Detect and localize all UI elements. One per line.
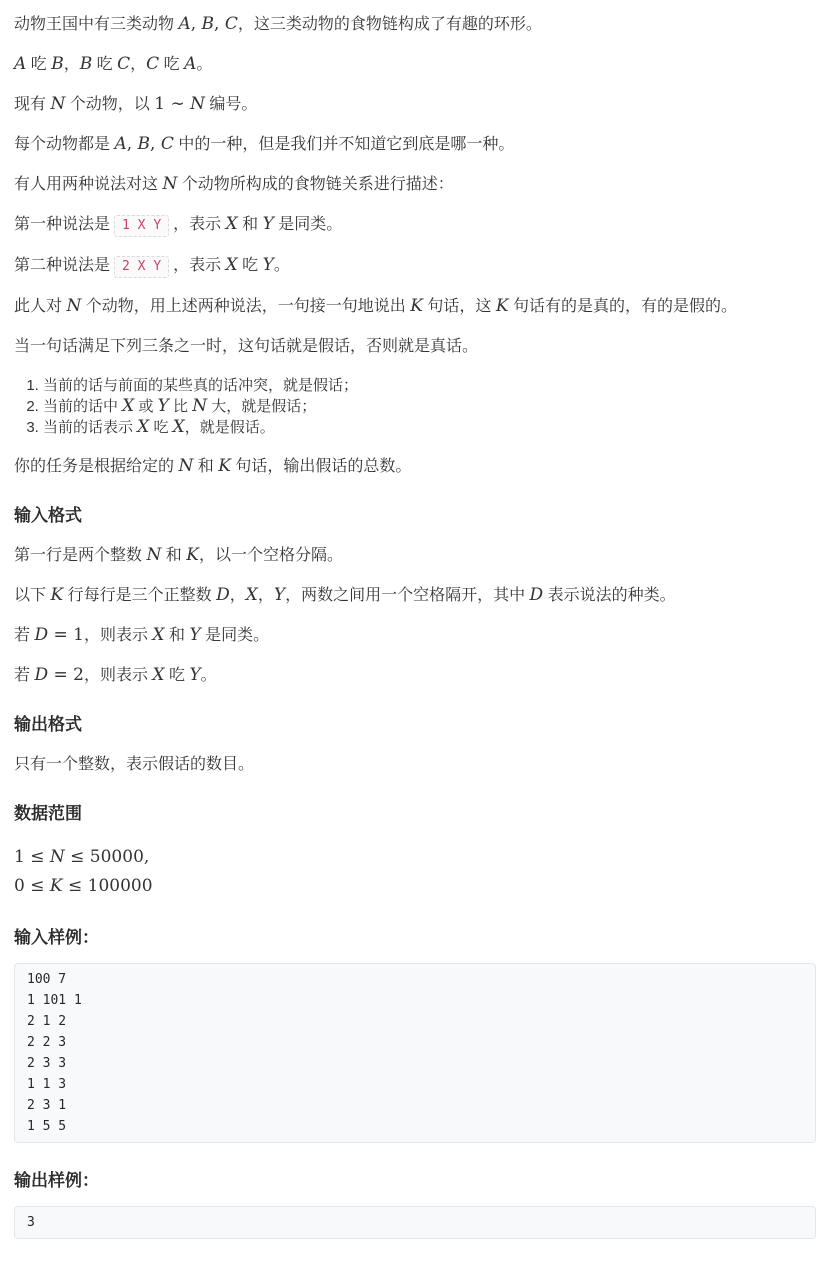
paragraph-k-sentences: 此人对 N 个动物，用上述两种说法，一句接一句地说出 K 句话，这 K 句话有的…: [14, 295, 816, 318]
math-expression: X: [226, 214, 238, 234]
text-run: 和: [238, 216, 263, 233]
text-run: 和: [165, 627, 190, 644]
math-expression: K: [50, 585, 63, 605]
text-run: ，两数之间用一个空格隔开，其中: [285, 587, 529, 604]
data-range-constraints: 1 ≤ N ≤ 50000, 0 ≤ K ≤ 100000: [14, 842, 816, 900]
text-run: 吃: [149, 419, 172, 436]
text-run: 若: [14, 627, 34, 644]
output-sample-code-block: 3: [14, 1206, 816, 1239]
math-expression: A: [184, 54, 196, 74]
math-expression: K: [410, 296, 423, 316]
text-run: 行每行是三个正整数: [63, 587, 216, 604]
paragraph-claim-type-2: 第二种说法是2 X Y，表示 X 吃 Y。: [14, 254, 816, 278]
math-expression: A, B, C: [178, 14, 237, 34]
text-run: 是同类。: [274, 216, 342, 233]
paragraph-unknown-kind: 每个动物都是 A, B, C 中的一种，但是我们并不知道它到底是哪一种。: [14, 133, 816, 156]
text-run: 每个动物都是: [14, 136, 114, 153]
paragraph-numbering: 现有 N 个动物，以 1 ∼ N 编号。: [14, 93, 816, 116]
text-run: 当前的话与前面的某些真的话冲突，就是假话；: [43, 377, 358, 394]
text-run: 和: [193, 458, 218, 475]
text-run: 此人对: [14, 298, 66, 315]
section-heading-output-format: 输出格式: [14, 714, 816, 736]
math-expression: X: [246, 585, 258, 605]
math-expression: Y: [274, 585, 285, 605]
math-expression: C: [117, 54, 130, 74]
math-expression: Y: [158, 396, 169, 416]
section-heading-input-format: 输入格式: [14, 505, 816, 527]
math-expression: Y: [263, 214, 274, 234]
text-run: 当前的话中: [43, 398, 122, 415]
text-run: 个动物，用上述两种说法，一句接一句地说出: [81, 298, 410, 315]
list-item-rule-1: 当前的话与前面的某些真的话冲突，就是假话；: [43, 375, 816, 396]
text-run: 表示说法的种类。: [543, 587, 675, 604]
paragraph-two-claims: 有人用两种说法对这 N 个动物所构成的食物链关系进行描述：: [14, 173, 816, 196]
text-run: 或: [134, 398, 157, 415]
input-sample-code-block: 100 7 1 101 1 2 1 2 2 2 3 2 3 3 1 1 3 2 …: [14, 963, 816, 1143]
text-run: 。: [196, 56, 212, 73]
text-run: 比: [169, 398, 192, 415]
paragraph-false-rule-intro: 当一句话满足下列三条之一时，这句话就是假话，否则就是真话。: [14, 335, 816, 358]
paragraph-input-d1: 若 D = 1，则表示 X 和 Y 是同类。: [14, 624, 816, 647]
math-expression: N: [66, 296, 81, 316]
text-run: ，表示: [173, 216, 225, 233]
math-expression: D = 2: [34, 665, 84, 685]
paragraph-intro: 动物王国中有三类动物 A, B, C，这三类动物的食物链构成了有趣的环形。: [14, 13, 816, 36]
math-expression: Y: [263, 255, 274, 275]
paragraph-food-chain: A 吃 B，B 吃 C，C 吃 A。: [14, 53, 816, 76]
text-run: 是同类。: [201, 627, 269, 644]
math-expression: A: [14, 54, 26, 74]
math-expression: C: [146, 54, 159, 74]
text-run: 当前的话表示: [43, 419, 137, 436]
text-run: 第一行是两个整数: [14, 547, 146, 564]
math-expression: 0 ≤ K ≤ 100000: [14, 876, 153, 896]
paragraph-input-d2: 若 D = 2，则表示 X 吃 Y。: [14, 664, 816, 687]
text-run: ，以一个空格分隔。: [199, 547, 343, 564]
math-expression: D: [216, 585, 230, 605]
math-expression: Y: [189, 665, 200, 685]
text-run: 动物王国中有三类动物: [14, 16, 178, 33]
input-sample-code: 100 7 1 101 1 2 1 2 2 2 3 2 3 3 1 1 3 2 …: [27, 972, 82, 1134]
text-run: 编号。: [205, 96, 257, 113]
math-expression: X: [173, 417, 185, 437]
paragraph-output-desc: 只有一个整数，表示假话的数目。: [14, 753, 816, 776]
text-run: 吃: [159, 56, 184, 73]
text-run: 第二种说法是: [14, 257, 110, 274]
text-run: 大，就是假话；: [207, 398, 316, 415]
text-run: 吃: [26, 56, 51, 73]
math-expression: D: [530, 585, 544, 605]
text-run: 句话，输出假话的总数。: [231, 458, 411, 475]
text-run: 。: [274, 257, 290, 274]
math-expression: K: [186, 545, 199, 565]
text-run: 吃: [92, 56, 117, 73]
inline-code-snippet: 1 X Y: [114, 215, 169, 237]
text-run: 中的一种，但是我们并不知道它到底是哪一种。: [174, 136, 514, 153]
paragraph-input-klines: 以下 K 行每行是三个正整数 D，X，Y，两数之间用一个空格隔开，其中 D 表示…: [14, 584, 816, 607]
text-run: 若: [14, 667, 34, 684]
output-sample-code: 3: [27, 1215, 35, 1230]
text-run: ，这三类动物的食物链构成了有趣的环形。: [238, 16, 542, 33]
text-run: 吃: [165, 667, 190, 684]
math-expression: 1 ∼ N: [154, 94, 205, 114]
math-expression: X: [226, 255, 238, 275]
constraint-line-k: 0 ≤ K ≤ 100000: [14, 871, 816, 900]
text-run: ，: [258, 587, 274, 604]
math-expression: X: [122, 396, 134, 416]
math-expression: N: [162, 174, 177, 194]
math-expression: X: [137, 417, 149, 437]
text-run: 。: [201, 667, 217, 684]
math-expression: N: [192, 396, 207, 416]
paragraph-input-line1: 第一行是两个整数 N 和 K，以一个空格分隔。: [14, 544, 816, 567]
inline-code-snippet: 2 X Y: [114, 256, 169, 278]
math-expression: X: [152, 665, 164, 685]
math-expression: N: [50, 94, 65, 114]
math-expression: B: [51, 54, 64, 74]
paragraph-claim-type-1: 第一种说法是1 X Y，表示 X 和 Y 是同类。: [14, 213, 816, 237]
text-run: ，则表示: [84, 627, 152, 644]
math-expression: A, B, C: [114, 134, 173, 154]
text-run: ，表示: [173, 257, 225, 274]
math-expression: Y: [189, 625, 200, 645]
text-run: ，: [64, 56, 80, 73]
section-heading-input-sample: 输入样例：: [14, 927, 816, 949]
text-run: 有人用两种说法对这: [14, 176, 162, 193]
text-run: 当一句话满足下列三条之一时，这句话就是假话，否则就是真话。: [14, 338, 478, 355]
text-run: ，就是假话。: [185, 419, 275, 436]
text-run: ，则表示: [84, 667, 152, 684]
constraint-line-n: 1 ≤ N ≤ 50000,: [14, 842, 816, 871]
math-expression: N: [146, 545, 161, 565]
text-run: 句话有的是真的，有的是假的。: [509, 298, 737, 315]
text-run: 句话，这: [423, 298, 496, 315]
text-run: 第一种说法是: [14, 216, 110, 233]
math-expression: X: [152, 625, 164, 645]
text-run: 以下: [14, 587, 50, 604]
section-heading-output-sample: 输出样例：: [14, 1170, 816, 1192]
text-run: 个动物，以: [65, 96, 154, 113]
math-expression: 1 ≤ N ≤ 50000,: [14, 847, 149, 867]
text-run: ，: [230, 587, 246, 604]
section-heading-data-range: 数据范围: [14, 803, 816, 825]
problem-statement: 动物王国中有三类动物 A, B, C，这三类动物的食物链构成了有趣的环形。 A …: [0, 0, 830, 1286]
false-rules-list: 当前的话与前面的某些真的话冲突，就是假话； 当前的话中 X 或 Y 比 N 大，…: [14, 375, 816, 438]
paragraph-task: 你的任务是根据给定的 N 和 K 句话，输出假话的总数。: [14, 455, 816, 478]
math-expression: K: [496, 296, 509, 316]
text-run: 和: [161, 547, 186, 564]
math-expression: D = 1: [34, 625, 84, 645]
list-item-rule-2: 当前的话中 X 或 Y 比 N 大，就是假话；: [43, 396, 816, 417]
math-expression: K: [218, 456, 231, 476]
text-run: 吃: [238, 257, 263, 274]
text-run: ，: [130, 56, 146, 73]
text-run: 现有: [14, 96, 50, 113]
text-run: 个动物所构成的食物链关系进行描述：: [177, 176, 453, 193]
math-expression: N: [178, 456, 193, 476]
text-run: 只有一个整数，表示假话的数目。: [14, 756, 254, 773]
text-run: 你的任务是根据给定的: [14, 458, 178, 475]
list-item-rule-3: 当前的话表示 X 吃 X，就是假话。: [43, 417, 816, 438]
math-expression: B: [80, 54, 93, 74]
